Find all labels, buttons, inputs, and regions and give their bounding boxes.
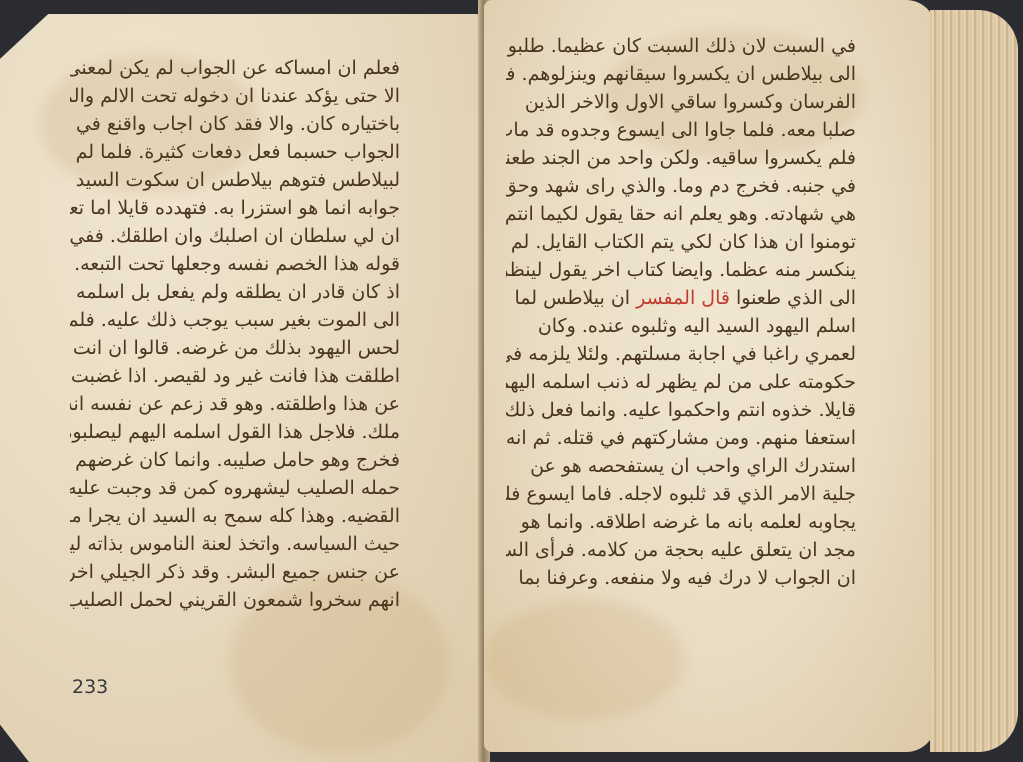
- text-line: ملك. فلاجل هذا القول اسلمه اليهم ليصلبوه…: [70, 418, 400, 446]
- text-line: الفرسان وكسروا ساقي الاول والاخر الذين: [506, 88, 856, 116]
- text-line: جلية الامر الذي قد ثلبوه لاجله. فاما ايس…: [506, 480, 856, 508]
- text-line: عن جنس جميع البشر. وقد ذكر الجيلي اخر: [70, 558, 400, 586]
- text-line: يجاوبه لعلمه بانه ما غرضه اطلاقه. وانما …: [506, 508, 856, 536]
- text-line: حكومته على من لم يظهر له ذنب اسلمه اليهم: [506, 368, 856, 396]
- text-line: صلبا معه. فلما جاوا الى ايسوع وجدوه قد م…: [506, 116, 856, 144]
- text-line: حمله الصليب ليشهروه كمن قد وجبت عليه: [70, 474, 400, 502]
- text-line: الجواب حسبما فعل دفعات كثيرة. فلما لم يج…: [70, 138, 400, 166]
- text-line: الى الذي طعنوا قال المفسر ان بيلاطس لما: [515, 287, 857, 309]
- text-line: انهم سخروا شمعون القريني لحمل الصليب وهذ…: [70, 586, 400, 614]
- text-line: ان الجواب لا درك فيه ولا منفعه. وعرفنا ب…: [506, 564, 856, 592]
- text-line: القضيه. وهذا كله سمح به السيد ان يجرا من: [70, 502, 400, 530]
- text-line: الى الموت بغير سبب يوجب ذلك عليه. فلما: [70, 306, 400, 334]
- text-line: لحس اليهود بذلك من غرضه. قالوا ان انت: [70, 334, 400, 362]
- text-line: فلم يكسروا ساقيه. ولكن واحد من الجند طعن…: [506, 144, 856, 172]
- text-line: باختياره كان. والا فقد كان اجاب واقنع في: [70, 110, 400, 138]
- text-line: لعمري راغبا في اجابة مسلتهم. ولئلا يلزمه…: [506, 340, 856, 368]
- text-line: قوله هذا الخصم نفسه وجعلها تحت التبعه.: [70, 250, 400, 278]
- text-line: قايلا. خذوه انتم واحكموا عليه. وانما فعل…: [506, 396, 856, 424]
- text-line: في السبت لان ذلك السبت كان عظيما. طلبوا: [506, 32, 856, 60]
- text-line: اسلم اليهود السيد اليه وثلبوه عنده. وكان: [506, 312, 856, 340]
- right-page-text: في السبت لان ذلك السبت كان عظيما. طلبوا …: [506, 32, 856, 592]
- text-line: حيث السياسه. واتخذ لعنة الناموس بذاته لي…: [70, 530, 400, 558]
- text-line: الى بيلاطس ان يكسروا سيقانهم وينزلوهم. ف…: [506, 60, 856, 88]
- text-line: ينكسر منه عظما. وايضا كتاب اخر يقول لينظ…: [506, 256, 856, 284]
- text-line-with-rubric: الى الذي طعنوا قال المفسر ان بيلاطس لما: [506, 284, 856, 312]
- text-line: تومنوا ان هذا كان لكي يتم الكتاب القايل.…: [506, 228, 856, 256]
- folio-number: 233: [72, 676, 108, 698]
- text-line: هي شهادته. وهو يعلم انه حقا يقول لكيما ا…: [506, 200, 856, 228]
- text-line: اذ كان قادر ان يطلقه ولم يفعل بل اسلمه: [70, 278, 400, 306]
- text-line: فعلم ان امساكه عن الجواب لم يكن لمعنى اخ…: [70, 54, 400, 82]
- text-line: عن هذا واطلقته. وهو قد زعم عن نفسه انه: [70, 390, 400, 418]
- text-line: اطلقت هذا فانت غير ود لقيصر. اذا غضبت: [70, 362, 400, 390]
- left-page-text: فعلم ان امساكه عن الجواب لم يكن لمعنى اخ…: [70, 54, 400, 614]
- page-block-edges: [930, 10, 1018, 752]
- text-line: استعفا منهم. ومن مشاركتهم في قتله. ثم ان…: [506, 424, 856, 452]
- text-line: فخرج وهو حامل صليبه. وانما كان غرضهم في: [70, 446, 400, 474]
- text-line: استدرك الراي واحب ان يستفحصه هو عن: [506, 452, 856, 480]
- text-line: مجد ان يتعلق عليه بحجة من كلامه. فرأى ال…: [506, 536, 856, 564]
- text-line: ان لي سلطان ان اصلبك وان اطلقك. ففي: [70, 222, 400, 250]
- text-line: لبيلاطس فتوهم بيلاطس ان سكوت السيد عن: [70, 166, 400, 194]
- text-line: الا حتى يؤكد عندنا ان دخوله تحت الالم وا…: [70, 82, 400, 110]
- right-manuscript-page: في السبت لان ذلك السبت كان عظيما. طلبوا …: [484, 0, 936, 752]
- rubric-heading: قال المفسر: [636, 287, 730, 309]
- text-line: جوابه انما هو استزرا به. فتهدده قايلا ام…: [70, 194, 400, 222]
- text-line: في جنبه. فخرج دم وما. والذي راى شهد وحق: [506, 172, 856, 200]
- water-stain: [484, 600, 684, 720]
- left-manuscript-page: فعلم ان امساكه عن الجواب لم يكن لمعنى اخ…: [0, 14, 482, 762]
